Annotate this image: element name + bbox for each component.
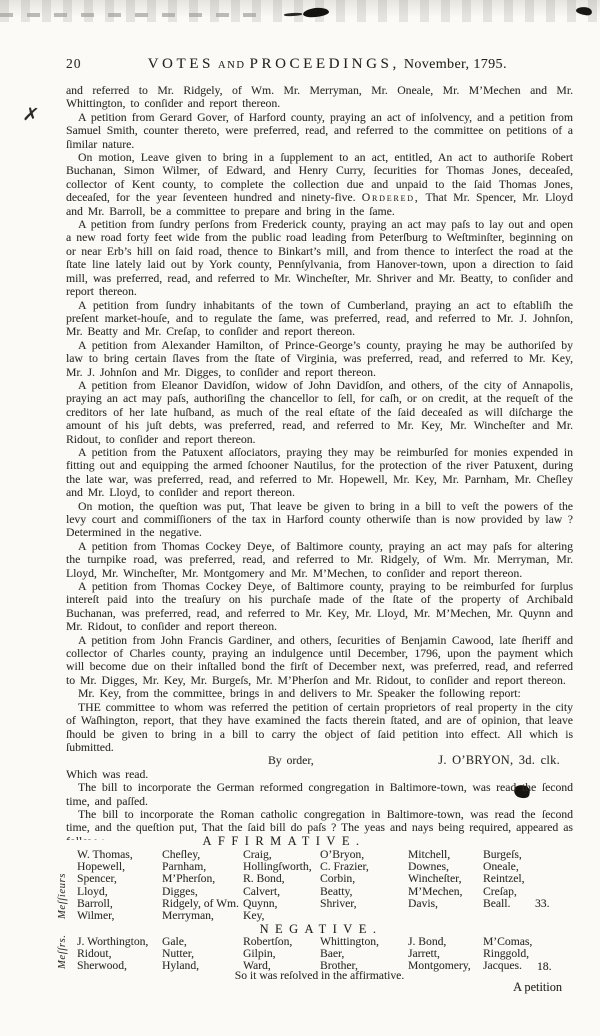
title-votes: VOTES [148,56,214,72]
voter-name: Ringgold, [483,948,577,960]
voter-name: Creſap, [483,886,577,898]
scan-noise-band [0,0,600,22]
page-title: VOTES AND PROCEEDINGS, November, 1795. [82,55,574,73]
voter-name: Jarrett, [408,948,483,960]
vote-row: Spencer,M’Pherſon,R. Bond,Corbin,Wincheſ… [77,873,577,885]
voter-name [483,910,577,922]
voter-name: Digges, [162,886,243,898]
affirmative-list: W. Thomas,Cheſley,Craig,O’Bryon,Mitchell… [77,849,577,922]
paragraph-motion-levy-court: On motion, the queſtion was put, That le… [66,500,573,540]
voter-name: Gilpin, [243,948,320,960]
paragraph-petition-frederick-road: A petition from ſundry perſons from Fred… [66,218,573,298]
voter-name [408,910,483,922]
paragraph-petition-davidson: A petition from Eleanor Davidſon, widow … [66,379,573,446]
voter-name: Baer, [320,948,408,960]
paragraph-motion-supplement: On motion, Leave given to bring in a ſup… [66,151,573,218]
paragraph-petition-hamilton: A petition from Alexander Hamilton, of P… [66,339,573,379]
voter-name: M’Pherſon, [162,873,243,885]
title-date: November, 1795. [404,57,507,72]
vote-row: Barroll,Ridgely, of Wm.Quynn,Shriver,Dav… [77,898,577,910]
voter-name: Reintzel, [483,873,577,885]
voter-name: Ridout, [77,948,162,960]
paragraph-petition-deye-turnpike: A petition from Thomas Cockey Deye, of B… [66,540,573,580]
clerk-signature: J. O’BRYON, 3d. clk. [426,754,560,767]
paragraph-german-congregation-bill: The bill to incorporate the German refor… [66,781,573,808]
affirmative-heading: AFFIRMATIVE. [66,834,502,849]
voter-name: R. Bond, [243,873,320,885]
voter-name: Wilmer, [77,910,162,922]
paragraph-petition-gover: A petition from Gerard Gover, of Harford… [66,111,573,151]
by-order-line: By order,J. O’BRYON, 3d. clk. [66,754,573,767]
messrs-label: Meſſrs. [57,934,68,969]
voter-name: Davis, [408,898,483,910]
voter-name: M’Mechen, [408,886,483,898]
scanned-document-page: ✗ 20 VOTES AND PROCEEDINGS, November, 17… [0,0,600,1036]
catchword: A petition [66,980,562,995]
voter-name: Beall. [483,898,577,910]
paragraph-petition-cumberland: A petition from ſundry inhabitants of th… [66,299,573,339]
body-text-block: and referred to Mr. Ridgely, of Wm. Mr. … [66,84,573,840]
title-proceedings: PROCEEDINGS, [250,56,400,72]
paragraph-committee-report: THE committee to whom was referred the p… [66,701,573,755]
messieurs-label: Meſſieurs [57,873,68,919]
by-order-label: By order, [256,754,314,767]
vote-row: Ridout,Nutter,Gilpin,Baer,Jarrett,Ringgo… [77,948,577,960]
voter-name: Calvert, [243,886,320,898]
scan-streak [0,13,262,17]
page-number: 20 [66,56,82,72]
voter-name [320,910,408,922]
voter-name: Corbin, [320,873,408,885]
vote-row: Lloyd,Digges,Calvert,Beatty,M’Mechen,Cre… [77,886,577,898]
voter-name: Spencer, [77,873,162,885]
voter-name: Shriver, [320,898,408,910]
title-and: AND [218,60,246,71]
paragraph-key-report-intro: Mr. Key, from the committee, brings in a… [66,687,573,700]
negative-list: J. Worthington,Gale,Robertſon,Whittingto… [77,936,577,972]
ordered-keyword: Ordered, [362,191,420,204]
voter-name: Merryman, [162,910,243,922]
paragraph-petition-patuxent: A petition from the Patuxent aſſociators… [66,446,573,500]
voter-name: Wincheſter, [408,873,483,885]
handwritten-x-mark: ✗ [21,103,40,127]
paragraph-continuation: and referred to Mr. Ridgely, of Wm. Mr. … [66,84,573,111]
running-head: 20 VOTES AND PROCEEDINGS, November, 1795… [66,55,573,73]
paragraph-which-was-read: Which was read. [66,768,573,781]
vote-row: Wilmer,Merryman,Key, [77,910,577,922]
voter-name: Beatty, [320,886,408,898]
paragraph-petition-deye-interest: A petition from Thomas Cockey Deye, of B… [66,580,573,634]
voter-name: Nutter, [162,948,243,960]
voter-name: Lloyd, [77,886,162,898]
voter-name: Key, [243,910,320,922]
affirmative-count: 33. [535,897,550,910]
paragraph-petition-gardiner: A petition from John Francis Gardiner, a… [66,634,573,688]
